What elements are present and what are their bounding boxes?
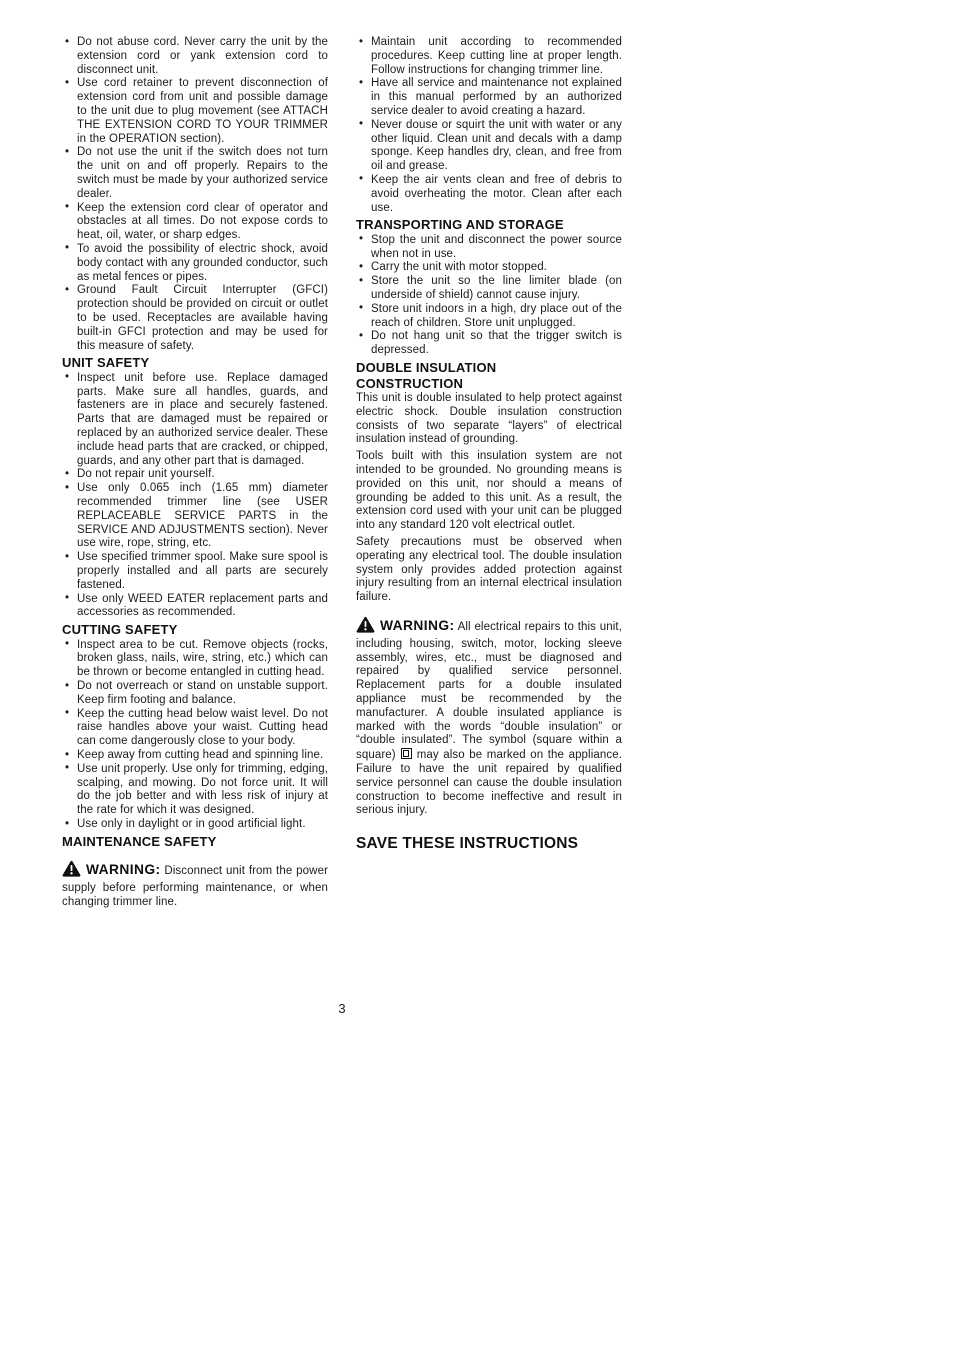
warning-triangle-icon: [356, 616, 375, 638]
bullet-dot-icon: •: [359, 330, 363, 344]
list-item: • Stop the unit and disconnect the power…: [356, 234, 622, 262]
list-item: • Store unit indoors in a high, dry plac…: [356, 303, 622, 331]
bullet-text: Use specified trimmer spool. Make sure s…: [77, 551, 328, 591]
square-within-square-inner: [403, 750, 409, 756]
list-item: • Use cord retainer to prevent disconnec…: [62, 77, 328, 146]
list-item: • Use unit properly. Use only for trimmi…: [62, 763, 328, 818]
bullet-dot-icon: •: [65, 77, 69, 91]
list-item: • Never douse or squirt the unit with wa…: [356, 119, 622, 174]
list-item: • Use only 0.065 inch (1.65 mm) diameter…: [62, 482, 328, 551]
bullet-dot-icon: •: [65, 749, 69, 763]
bullet-dot-icon: •: [65, 242, 69, 256]
bullet-dot-icon: •: [359, 36, 363, 50]
bullet-text: To avoid the possibility of electric sho…: [77, 243, 328, 283]
bullet-text: Do not repair unit yourself.: [77, 468, 215, 480]
bullet-dot-icon: •: [359, 302, 363, 316]
bullet-text: Use cord retainer to prevent disconnecti…: [77, 77, 328, 144]
list-item: • Do not repair unit yourself.: [62, 468, 328, 482]
list-item: • Do not abuse cord. Never carry the uni…: [62, 36, 328, 77]
bullet-text: Keep the cutting head below waist level.…: [77, 708, 328, 748]
list-item: • Do not overreach or stand on unstable …: [62, 680, 328, 708]
warning-text-before-symbol: All electrical repairs to this unit, inc…: [356, 621, 622, 761]
bullet-text: Stop the unit and disconnect the power s…: [371, 234, 622, 260]
bullet-dot-icon: •: [65, 371, 69, 385]
bullet-dot-icon: •: [65, 592, 69, 606]
square-within-square-icon: [401, 748, 412, 759]
list-item: • Use only in daylight or in good artifi…: [62, 818, 328, 832]
warning-triangle-icon: [62, 860, 81, 882]
bullet-text: Do not overreach or stand on unstable su…: [77, 680, 328, 706]
bullet-dot-icon: •: [65, 638, 69, 652]
bullet-dot-icon: •: [65, 818, 69, 832]
bullet-text: Use only WEED EATER replacement parts an…: [77, 593, 328, 619]
list-item: • Keep the extension cord clear of opera…: [62, 202, 328, 243]
bullet-dot-icon: •: [359, 275, 363, 289]
bullet-dot-icon: •: [359, 261, 363, 275]
bullet-dot-icon: •: [65, 284, 69, 298]
bullet-dot-icon: •: [65, 146, 69, 160]
list-item: • Use specified trimmer spool. Make sure…: [62, 551, 328, 592]
warning-block: WARNING: All electrical repairs to this …: [356, 616, 622, 818]
bullet-text: Ground Fault Circuit Interrupter (GFCI) …: [77, 284, 328, 351]
bullet-dot-icon: •: [65, 482, 69, 496]
bullet-dot-icon: •: [65, 707, 69, 721]
bullet-text: Store unit indoors in a high, dry place …: [371, 303, 622, 329]
manual-page: • Do not abuse cord. Never carry the uni…: [0, 0, 954, 1348]
bullet-dot-icon: •: [359, 173, 363, 187]
heading-transporting-storage: TRANSPORTING AND STORAGE: [356, 217, 622, 233]
bullet-dot-icon: •: [65, 468, 69, 482]
bullet-text: Maintain unit according to recommended p…: [371, 36, 622, 76]
bullet-text: Use only 0.065 inch (1.65 mm) diameter r…: [77, 482, 328, 549]
bullet-text: Never douse or squirt the unit with wate…: [371, 119, 622, 172]
bullet-dot-icon: •: [65, 680, 69, 694]
right-column: • Maintain unit according to recommended…: [356, 36, 622, 910]
bullet-text: Do not hang unit so that the trigger swi…: [371, 330, 622, 356]
warning-block: WARNING: Disconnect unit from the power …: [62, 860, 328, 909]
bullet-text: Do not abuse cord. Never carry the unit …: [77, 36, 328, 76]
heading-unit-safety: UNIT SAFETY: [62, 355, 328, 371]
bullet-text: Keep away from cutting head and spinning…: [77, 749, 323, 761]
two-column-layout: • Do not abuse cord. Never carry the uni…: [62, 36, 622, 910]
bullet-text: Keep the air vents clean and free of deb…: [371, 174, 622, 214]
list-item: • Keep the air vents clean and free of d…: [356, 174, 622, 215]
bullet-text: Store the unit so the line limiter blade…: [371, 275, 622, 301]
bullet-text: Use unit properly. Use only for trimming…: [77, 763, 328, 816]
heading-maintenance-safety: MAINTENANCE SAFETY: [62, 834, 328, 850]
warning-label: WARNING:: [86, 862, 160, 877]
list-item: • Store the unit so the line limiter bla…: [356, 275, 622, 303]
list-item: • Ground Fault Circuit Interrupter (GFCI…: [62, 284, 328, 353]
body-paragraph: Tools built with this insulation system …: [356, 450, 622, 533]
bullet-text: Do not use the unit if the switch does n…: [77, 146, 328, 199]
bullet-text: Keep the extension cord clear of operato…: [77, 202, 328, 242]
list-item: • Carry the unit with motor stopped.: [356, 261, 622, 275]
list-item: • Do not use the unit if the switch does…: [62, 146, 328, 201]
page-number: 3: [62, 1001, 622, 1016]
heading-cutting-safety: CUTTING SAFETY: [62, 622, 328, 638]
bullet-dot-icon: •: [359, 233, 363, 247]
list-item: • Have all service and maintenance not e…: [356, 77, 622, 118]
bullet-text: Inspect area to be cut. Remove objects (…: [77, 639, 328, 679]
bullet-dot-icon: •: [65, 36, 69, 50]
warning-label: WARNING:: [380, 618, 454, 633]
list-item: • To avoid the possibility of electric s…: [62, 243, 328, 284]
list-item: • Do not hang unit so that the trigger s…: [356, 330, 622, 358]
bullet-text: Use only in daylight or in good artifici…: [77, 818, 306, 830]
bullet-text: Have all service and maintenance not exp…: [371, 77, 622, 117]
bullet-dot-icon: •: [359, 77, 363, 91]
list-item: • Maintain unit according to recommended…: [356, 36, 622, 77]
list-item: • Keep away from cutting head and spinni…: [62, 749, 328, 763]
bullet-dot-icon: •: [65, 551, 69, 565]
bullet-text: Carry the unit with motor stopped.: [371, 261, 547, 273]
bullet-dot-icon: •: [359, 118, 363, 132]
list-item: • Inspect area to be cut. Remove objects…: [62, 639, 328, 680]
bullet-text: Inspect unit before use. Replace damaged…: [77, 372, 328, 467]
bullet-dot-icon: •: [65, 201, 69, 215]
left-column: • Do not abuse cord. Never carry the uni…: [62, 36, 328, 910]
body-paragraph: Safety precautions must be observed when…: [356, 536, 622, 605]
list-item: • Keep the cutting head below waist leve…: [62, 708, 328, 749]
body-paragraph: This unit is double insulated to help pr…: [356, 392, 622, 447]
list-item: • Inspect unit before use. Replace damag…: [62, 372, 328, 469]
list-item: • Use only WEED EATER replacement parts …: [62, 593, 328, 621]
heading-double-insulation: DOUBLE INSULATION CONSTRUCTION: [356, 360, 622, 391]
save-instructions-heading: SAVE THESE INSTRUCTIONS: [356, 835, 622, 853]
bullet-dot-icon: •: [65, 762, 69, 776]
